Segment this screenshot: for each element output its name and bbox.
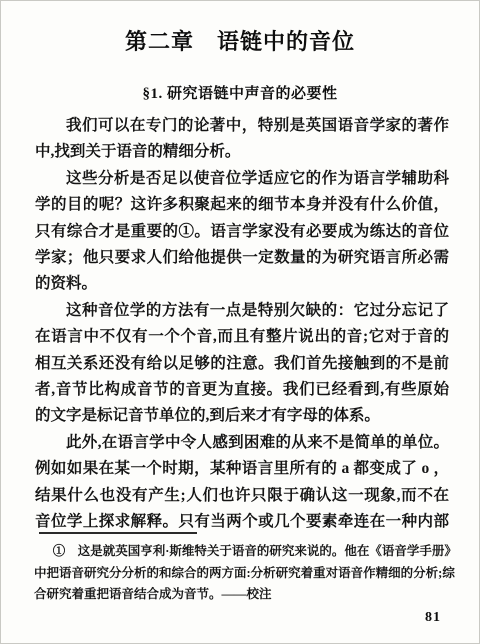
body-line: 学家；他只要求人们给他提供一定数量的为研究语言所必需 [35,245,449,271]
body-line: 的文字是标记音节单位的,到后来才有字母的体系。 [35,403,449,429]
body-line: 只有综合才是重要的①。语言学家没有必要成为练达的音位 [35,219,449,245]
body-line: 结果什么也没有产生;人们也许只限于确认这一现象,而不在 [35,483,449,509]
body-line: 我们可以在专门的论著中，特别是英国语音学家的著作 [35,113,449,139]
body-line: 这种音位学的方法有一点是特别欠缺的：它过分忘记了 [35,298,449,324]
page-number: 81 [425,610,441,626]
body-line: 相互关系还没有给以足够的注意。我们首先接触到的不是前 [35,351,449,377]
footnote-divider [39,532,197,534]
body-line: 学的目的呢？这许多积聚起来的细节本身并没有什么价值， [35,192,449,218]
section-heading: §1. 研究语链中声音的必要性 [1,82,479,103]
body-text: 我们可以在专门的论著中，特别是英国语音学家的著作 中,找到关于语音的精细分析。 … [35,113,449,536]
body-line: 这些分析是否足以使音位学适应它的作为语言学辅助科 [35,166,449,192]
body-line: 的资料。 [35,271,449,297]
chapter-title: 第二章 语链中的音位 [1,25,479,56]
footnote-line: ① 这是就英国亨利·斯维特关于语音的研究来说的。他在《语音学手册》 [34,541,462,563]
footnote-line: 中把语音研究分分析的和综合的两方面:分析研究着重对语音作精细的分析;综 [34,563,462,585]
body-line: 此外,在语言学中令人感到困难的从来不是简单的单位。 [35,430,449,456]
footnote-line: 合研究着重把语音结合成为音节。——校注 [34,584,462,606]
body-line: 例如如果在某一个时期，某种语言里所有的 a 都变成了 o ， [35,456,449,482]
footnote: ① 这是就英国亨利·斯维特关于语音的研究来说的。他在《语音学手册》 中把语音研究… [34,541,462,606]
body-line: 中,找到关于语音的精细分析。 [35,139,449,165]
body-line: 在语言中不仅有一个个音,而且有整片说出的音;它对于音的 [35,324,449,350]
body-line: 者,音节比构成音节的音更为直接。我们已经看到,有些原始 [35,377,449,403]
book-page: 第二章 语链中的音位 §1. 研究语链中声音的必要性 我们可以在专门的论著中，特… [0,0,480,644]
